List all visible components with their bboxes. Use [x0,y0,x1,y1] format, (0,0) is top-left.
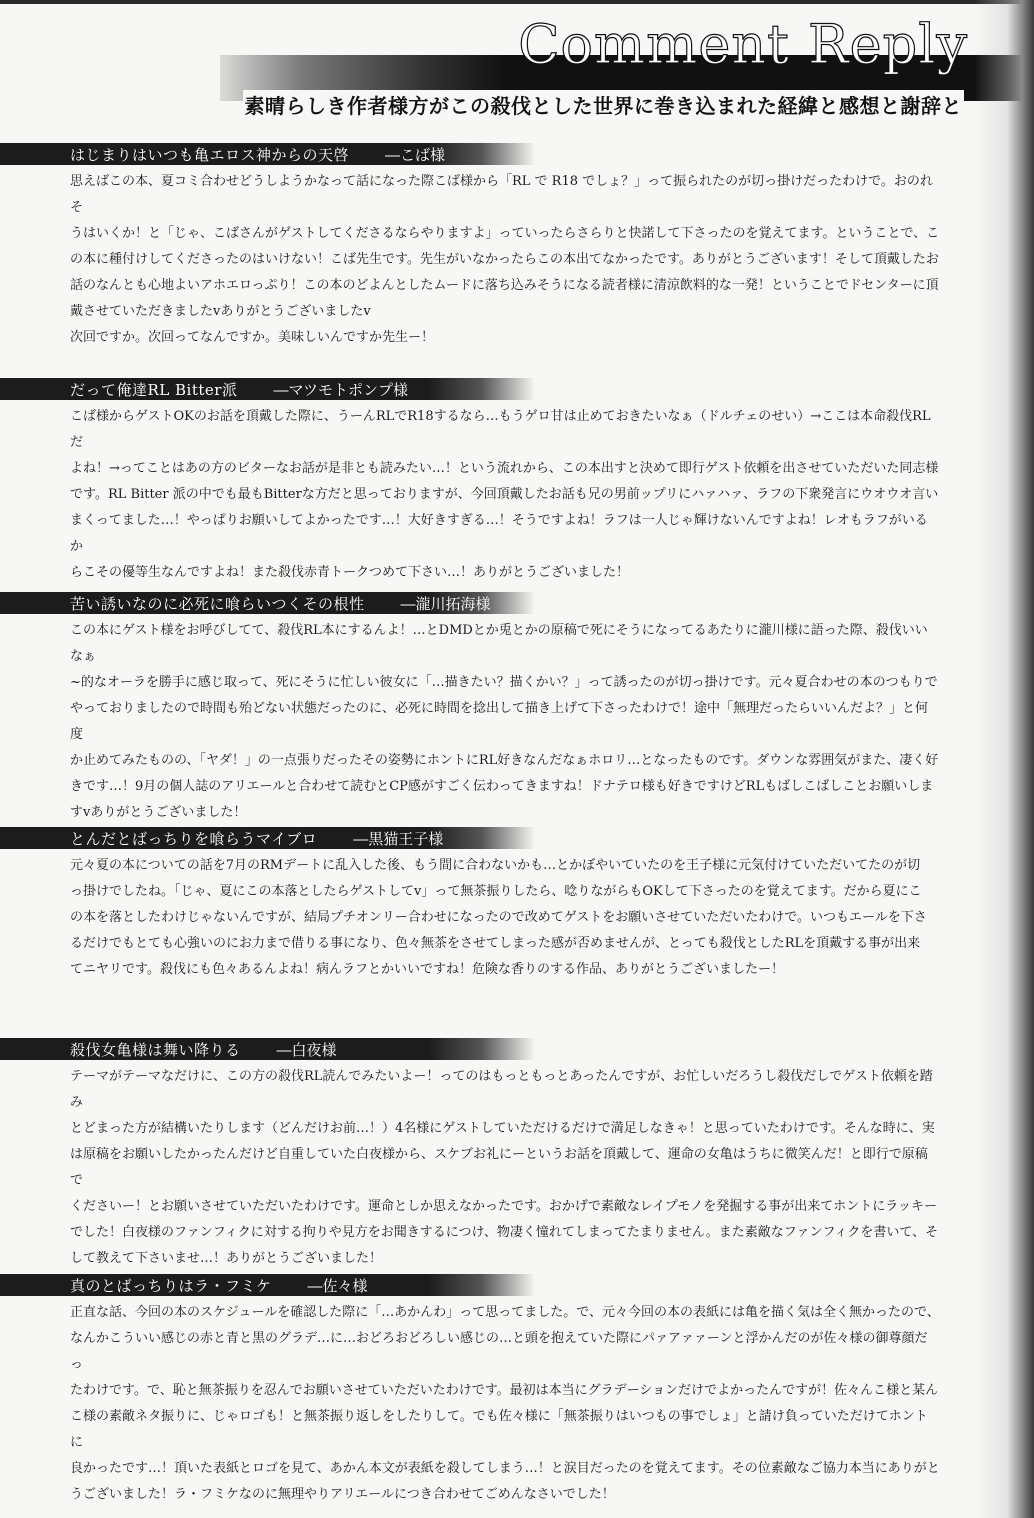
body-line: 元々夏の本についての話を7月のRMデートに乱入した後、もう間に合わないかも…とか… [70,853,940,879]
body-line: こば様からゲストOKのお話を頂戴した際に、うーんRLでR18するなら…もうゲロ甘… [70,404,940,456]
body-line: 次回ですか。次回ってなんですか。美味しいんですか先生ー！ [70,325,940,351]
section-heading: 苦い誘いなのに必死に喰らいつくその根性 [70,593,365,614]
section-heading: 真のとばっちりはラ・フミケ [70,1275,272,1296]
body-line: 正直な話、今回の本のスケジュールを確認した際に「…あかんわ」って思ってました。で… [70,1300,940,1326]
body-line: くださいー！とお願いさせていただいたわけです。運命としか思えなかったです。おかげ… [70,1194,940,1220]
section-body: 元々夏の本についての話を7月のRMデートに乱入した後、もう間に合わないかも…とか… [70,853,940,983]
body-line: まくってました…！やっぱりお願いしてよかったです…！大好きすぎる…！そうですよね… [70,508,940,560]
body-line: らこその優等生なんですよね！また殺伐赤青トークつめて下さい…！ありがとうございま… [70,560,940,586]
body-line: でした！白夜様のファンフィクに対する拘りや見方をお聞きするにつけ、物凄く憧れてし… [70,1220,940,1246]
section-header-bar: 殺伐女亀様は舞い降りる―白夜様 [0,1038,535,1060]
body-line: の本を落としたわけじゃないんですが、結局プチオンリー合わせになったので改めてゲス… [70,905,940,931]
section-heading: だって俺達RL Bitter派 [70,379,237,400]
body-line: うはいくか！と「じゃ、こばさんがゲストしてくださるならやりますよ」っていったらさ… [70,221,940,247]
body-line: ~的なオーラを勝手に感じ取って、死にそうに忙しい彼女に「…描きたい？描くかい？」… [70,670,940,696]
body-line: して教えて下さいませ…！ありがとうございました！ [70,1246,940,1272]
body-line: てニヤリです。殺伐にも色々あるんよね！病んラフとかいいですね！危険な香りのする作… [70,957,940,983]
section-body: 思えばこの本、夏コミ合わせどうしようかなって話になった際こば様から「RL で R… [70,169,940,351]
body-line: 話のなんとも心地よいアホエロっぷり！この本のどよんとしたムードに落ち込みそうにな… [70,273,940,299]
spine-shade [974,0,1034,1518]
body-line: たわけです。で、恥と無茶振りを忍んでお願いさせていただいたわけです。最初は本当に… [70,1378,940,1404]
page-subtitle: 素晴らしき作者様方がこの殺伐とした世界に巻き込まれた経緯と感想と謝辞と [243,90,965,119]
body-line: この本にゲスト様をお呼びしてて、殺伐RL本にするんよ！…とDMDとか兎とかの原稿… [70,618,940,670]
section-author: ―白夜様 [277,1039,337,1060]
comment-section: 殺伐女亀様は舞い降りる―白夜様テーマがテーマなだけに、この方の殺伐RL読んでみた… [0,1038,1034,1272]
body-line: やっておりましたので時間も殆どない状態だったのに、必死に時間を捻出して描き上げて… [70,696,940,748]
body-line: 良かったです…！頂いた表紙とロゴを見て、あかん本文が表紙を殺してしまう…！と涙目… [70,1456,940,1482]
section-header-bar: 苦い誘いなのに必死に喰らいつくその根性―瀧川拓海様 [0,592,535,614]
body-line: 思えばこの本、夏コミ合わせどうしようかなって話になった際こば様から「RL で R… [70,169,940,221]
section-body: こば様からゲストOKのお話を頂戴した際に、うーんRLでR18するなら…もうゲロ甘… [70,404,940,586]
section-body: 正直な話、今回の本のスケジュールを確認した際に「…あかんわ」って思ってました。で… [70,1300,940,1508]
section-author: ―佐々様 [308,1275,368,1296]
comment-section: だって俺達RL Bitter派―マツモトポンプ様こば様からゲストOKのお話を頂戴… [0,378,1034,586]
body-line: きです…！9月の個人誌のアリエールと合わせて読むとCP感がすごく伝わってきますね… [70,774,940,800]
section-author: ―瀧川拓海様 [401,593,491,614]
section-author: ―こば様 [385,144,445,165]
comment-section: はじまりはいつも亀エロス神からの天啓―こば様思えばこの本、夏コミ合わせどうしよう… [0,143,1034,351]
section-heading: はじまりはいつも亀エロス神からの天啓 [70,144,349,165]
body-line: すvありがとうございました！ [70,800,940,826]
section-author: ―黒猫王子様 [353,828,443,849]
section-body: テーマがテーマなだけに、この方の殺伐RL読んでみたいよー！ってのはもっともっとあ… [70,1064,940,1272]
page-title: Comment Reply [518,18,968,72]
body-line: です。RL Bitter 派の中でも最もBitterな方だと思っておりますが、今… [70,482,940,508]
body-line: は原稿をお願いしたかったんだけど自重していた白夜様から、スケブお礼にーというお話… [70,1142,940,1194]
body-line: テーマがテーマなだけに、この方の殺伐RL読んでみたいよー！ってのはもっともっとあ… [70,1064,940,1116]
section-heading: 殺伐女亀様は舞い降りる [70,1039,241,1060]
body-line: よね！→ってことはあの方のビターなお話が是非とも読みたい…！という流れから、この… [70,456,940,482]
section-heading: とんだとばっちりを喰らうマイブロ [70,828,317,849]
comment-section: 苦い誘いなのに必死に喰らいつくその根性―瀧川拓海様この本にゲスト様をお呼びしてて… [0,592,1034,826]
body-line: か止めてみたものの、「ヤダ！」の一点張りだったその姿勢にホントにRL好きなんだな… [70,748,940,774]
section-header-bar: 真のとばっちりはラ・フミケ―佐々様 [0,1274,535,1296]
comment-section: とんだとばっちりを喰らうマイブロ―黒猫王子様元々夏の本についての話を7月のRMデ… [0,827,1034,983]
section-body: この本にゲスト様をお呼びしてて、殺伐RL本にするんよ！…とDMDとか兎とかの原稿… [70,618,940,826]
body-line: の本に種付けしてくださったのはいけない！こば先生です。先生がいなかったらこの本出… [70,247,940,273]
body-line: こ様の素敵ネタ振りに、じゃロゴも！と無茶振り返しをしたりして。でも佐々様に「無茶… [70,1404,940,1456]
body-line: とどまった方が結構いたりします（どんだけお前…！）4名様にゲストしていただけるだ… [70,1116,940,1142]
section-header-bar: はじまりはいつも亀エロス神からの天啓―こば様 [0,143,535,165]
body-line: 戴させていただきましたvありがとうございましたv [70,299,940,325]
section-header-bar: とんだとばっちりを喰らうマイブロ―黒猫王子様 [0,827,535,849]
top-rule [0,0,1034,4]
section-author: ―マツモトポンプ様 [273,379,408,400]
body-line: っ掛けでしたね。「じゃ、夏にこの本落としたらゲストしてv」って無茶振りしたら、唸… [70,879,940,905]
body-line: うございました！ラ・フミケなのに無理やりアリエールにつき合わせてごめんなさいでし… [70,1482,940,1508]
comment-section: 真のとばっちりはラ・フミケ―佐々様正直な話、今回の本のスケジュールを確認した際に… [0,1274,1034,1508]
section-header-bar: だって俺達RL Bitter派―マツモトポンプ様 [0,378,535,400]
body-line: なんかこういい感じの赤と青と黒のグラデ…に…おどろおどろしい感じの…と頭を抱えて… [70,1326,940,1378]
body-line: るだけでもとても心強いのにお力まで借りる事になり、色々無茶をさせてしまった感が否… [70,931,940,957]
